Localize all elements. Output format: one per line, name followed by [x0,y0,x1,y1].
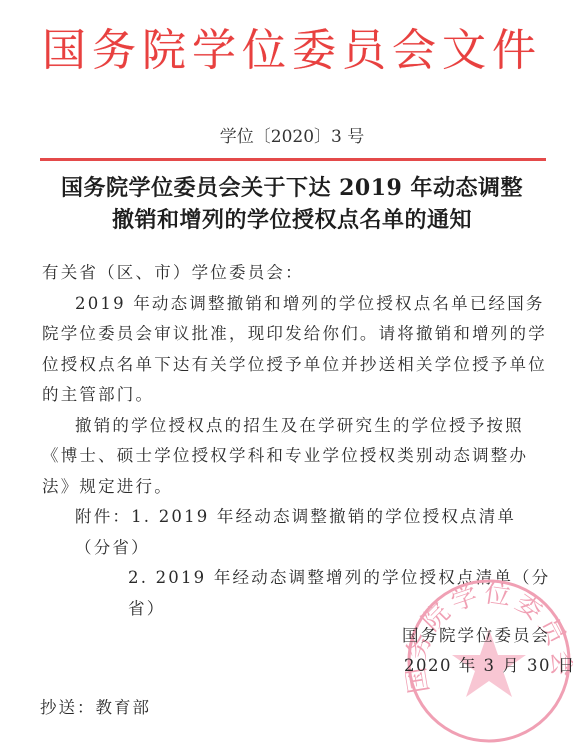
attachments-label: 附件： [75,507,131,526]
carbon-copy: 抄送：教育部 [40,694,151,718]
paragraph-2: 撤销的学位授权点的招生及在学研究生的学位授予按照《博士、硕士学位授权学科和专业学… [42,411,552,503]
notice-title-line-1: 国务院学位委员会关于下达 2019 年动态调整 [20,172,564,204]
issue-date: 2020 年 3 月 30 日 [404,652,576,676]
issuer-name: 国务院学位委员会 [402,622,550,646]
notice-body: 有关省（区、市）学位委员会： 2019 年动态调整撤销和增列的学位授权点名单已经… [42,258,552,624]
paragraph-1: 2019 年动态调整撤销和增列的学位授权点名单已经国务院学位委员会审议批准，现印… [42,289,552,411]
document-number: 学位〔2020〕3 号 [0,122,584,147]
document-header-title: 国务院学位委员会文件 [0,14,584,78]
attachment-1-text: 1. 2019 年经动态调整撤销的学位授权点清单（分省） [75,507,516,557]
notice-title: 国务院学位委员会关于下达 2019 年动态调整 撤销和增列的学位授权点名单的通知 [20,172,564,236]
notice-title-line-2: 撤销和增列的学位授权点名单的通知 [20,204,564,236]
attachment-1: 附件：1. 2019 年经动态调整撤销的学位授权点清单（分省） [42,502,552,563]
red-divider-line [40,158,546,161]
salutation: 有关省（区、市）学位委员会： [42,258,552,289]
